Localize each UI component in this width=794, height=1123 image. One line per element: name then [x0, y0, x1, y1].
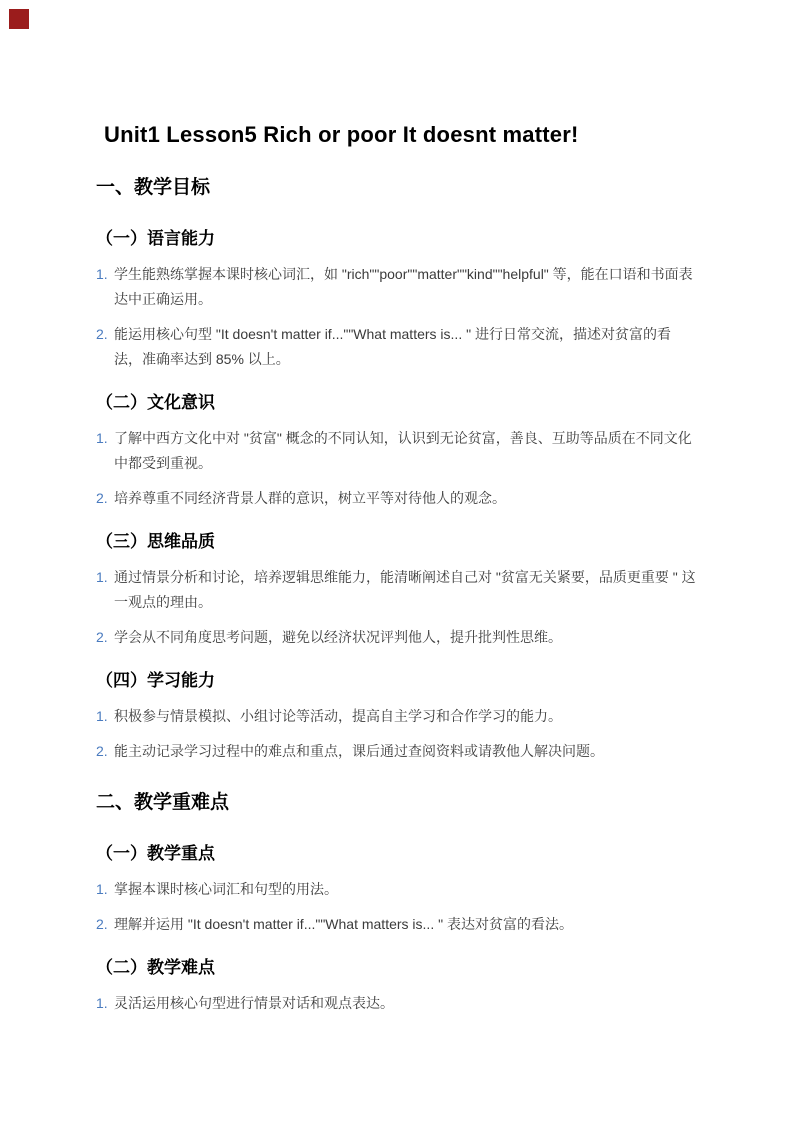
- list-item-text: 学生能熟练掌握本课时核心词汇，如 "rich""poor""matter""ki…: [114, 266, 693, 307]
- list-item-text: 通过情景分析和讨论，培养逻辑思维能力，能清晰阐述自己对 "贫富无关紧要，品质更重…: [114, 569, 696, 610]
- list-item-text: 能主动记录学习过程中的难点和重点，课后通过查阅资料或请教他人解决问题。: [114, 743, 604, 759]
- cultural-awareness-list: 1. 了解中西方文化中对 "贫富" 概念的不同认知，认识到无论贫富，善良、互助等…: [96, 426, 698, 511]
- list-item-number: 1.: [96, 991, 108, 1016]
- subsection-heading-teaching-key-points: （一）教学重点: [96, 843, 698, 865]
- list-item: 2. 理解并运用 "It doesn't matter if...""What …: [96, 912, 698, 937]
- list-item: 1. 学生能熟练掌握本课时核心词汇，如 "rich""poor""matter"…: [96, 262, 698, 312]
- subsection-heading-thinking-quality: （三）思维品质: [96, 531, 698, 553]
- section-heading-teaching-goals: 一、教学目标: [96, 175, 698, 200]
- list-item-number: 1.: [96, 704, 108, 729]
- list-item-number: 2.: [96, 322, 108, 347]
- list-item-text: 积极参与情景模拟、小组讨论等活动，提高自主学习和合作学习的能力。: [114, 708, 562, 724]
- document-title: Unit1 Lesson5 Rich or poor It doesnt mat…: [96, 0, 698, 149]
- list-item-text: 能运用核心句型 "It doesn't matter if...""What m…: [114, 326, 671, 367]
- list-item: 2. 学会从不同角度思考问题，避免以经济状况评判他人，提升批判性思维。: [96, 625, 698, 650]
- subsection-heading-learning-ability: （四）学习能力: [96, 670, 698, 692]
- list-item: 2. 能主动记录学习过程中的难点和重点，课后通过查阅资料或请教他人解决问题。: [96, 739, 698, 764]
- lesson-plan-document: Unit1 Lesson5 Rich or poor It doesnt mat…: [0, 0, 794, 1016]
- list-item-text: 掌握本课时核心词汇和句型的用法。: [114, 881, 338, 897]
- list-item-number: 2.: [96, 912, 108, 937]
- subsection-heading-cultural-awareness: （二）文化意识: [96, 392, 698, 414]
- list-item-text: 培养尊重不同经济背景人群的意识，树立平等对待他人的观念。: [114, 490, 506, 506]
- list-item: 1. 积极参与情景模拟、小组讨论等活动，提高自主学习和合作学习的能力。: [96, 704, 698, 729]
- list-item: 2. 培养尊重不同经济背景人群的意识，树立平等对待他人的观念。: [96, 486, 698, 511]
- teaching-difficult-points-list: 1. 灵活运用核心句型进行情景对话和观点表达。: [96, 991, 698, 1016]
- language-ability-list: 1. 学生能熟练掌握本课时核心词汇，如 "rich""poor""matter"…: [96, 262, 698, 372]
- list-item-number: 1.: [96, 565, 108, 590]
- list-item-number: 1.: [96, 426, 108, 451]
- list-item: 2. 能运用核心句型 "It doesn't matter if...""Wha…: [96, 322, 698, 372]
- list-item-text: 学会从不同角度思考问题，避免以经济状况评判他人，提升批判性思维。: [114, 629, 562, 645]
- list-item-number: 2.: [96, 625, 108, 650]
- list-item-number: 1.: [96, 877, 108, 902]
- list-item: 1. 灵活运用核心句型进行情景对话和观点表达。: [96, 991, 698, 1016]
- learning-ability-list: 1. 积极参与情景模拟、小组讨论等活动，提高自主学习和合作学习的能力。 2. 能…: [96, 704, 698, 764]
- subsection-heading-teaching-difficult-points: （二）教学难点: [96, 957, 698, 979]
- list-item: 1. 通过情景分析和讨论，培养逻辑思维能力，能清晰阐述自己对 "贫富无关紧要，品…: [96, 565, 698, 615]
- subsection-heading-language-ability: （一）语言能力: [96, 228, 698, 250]
- list-item-text: 理解并运用 "It doesn't matter if...""What mat…: [114, 916, 573, 932]
- list-item-text: 了解中西方文化中对 "贫富" 概念的不同认知，认识到无论贫富，善良、互助等品质在…: [114, 430, 692, 471]
- teaching-key-points-list: 1. 掌握本课时核心词汇和句型的用法。 2. 理解并运用 "It doesn't…: [96, 877, 698, 937]
- section-heading-key-difficult-points: 二、教学重难点: [96, 790, 698, 815]
- red-corner-marker: [9, 9, 29, 29]
- list-item: 1. 掌握本课时核心词汇和句型的用法。: [96, 877, 698, 902]
- list-item-number: 1.: [96, 262, 108, 287]
- list-item-text: 灵活运用核心句型进行情景对话和观点表达。: [114, 995, 394, 1011]
- thinking-quality-list: 1. 通过情景分析和讨论，培养逻辑思维能力，能清晰阐述自己对 "贫富无关紧要，品…: [96, 565, 698, 650]
- list-item-number: 2.: [96, 486, 108, 511]
- list-item: 1. 了解中西方文化中对 "贫富" 概念的不同认知，认识到无论贫富，善良、互助等…: [96, 426, 698, 476]
- list-item-number: 2.: [96, 739, 108, 764]
